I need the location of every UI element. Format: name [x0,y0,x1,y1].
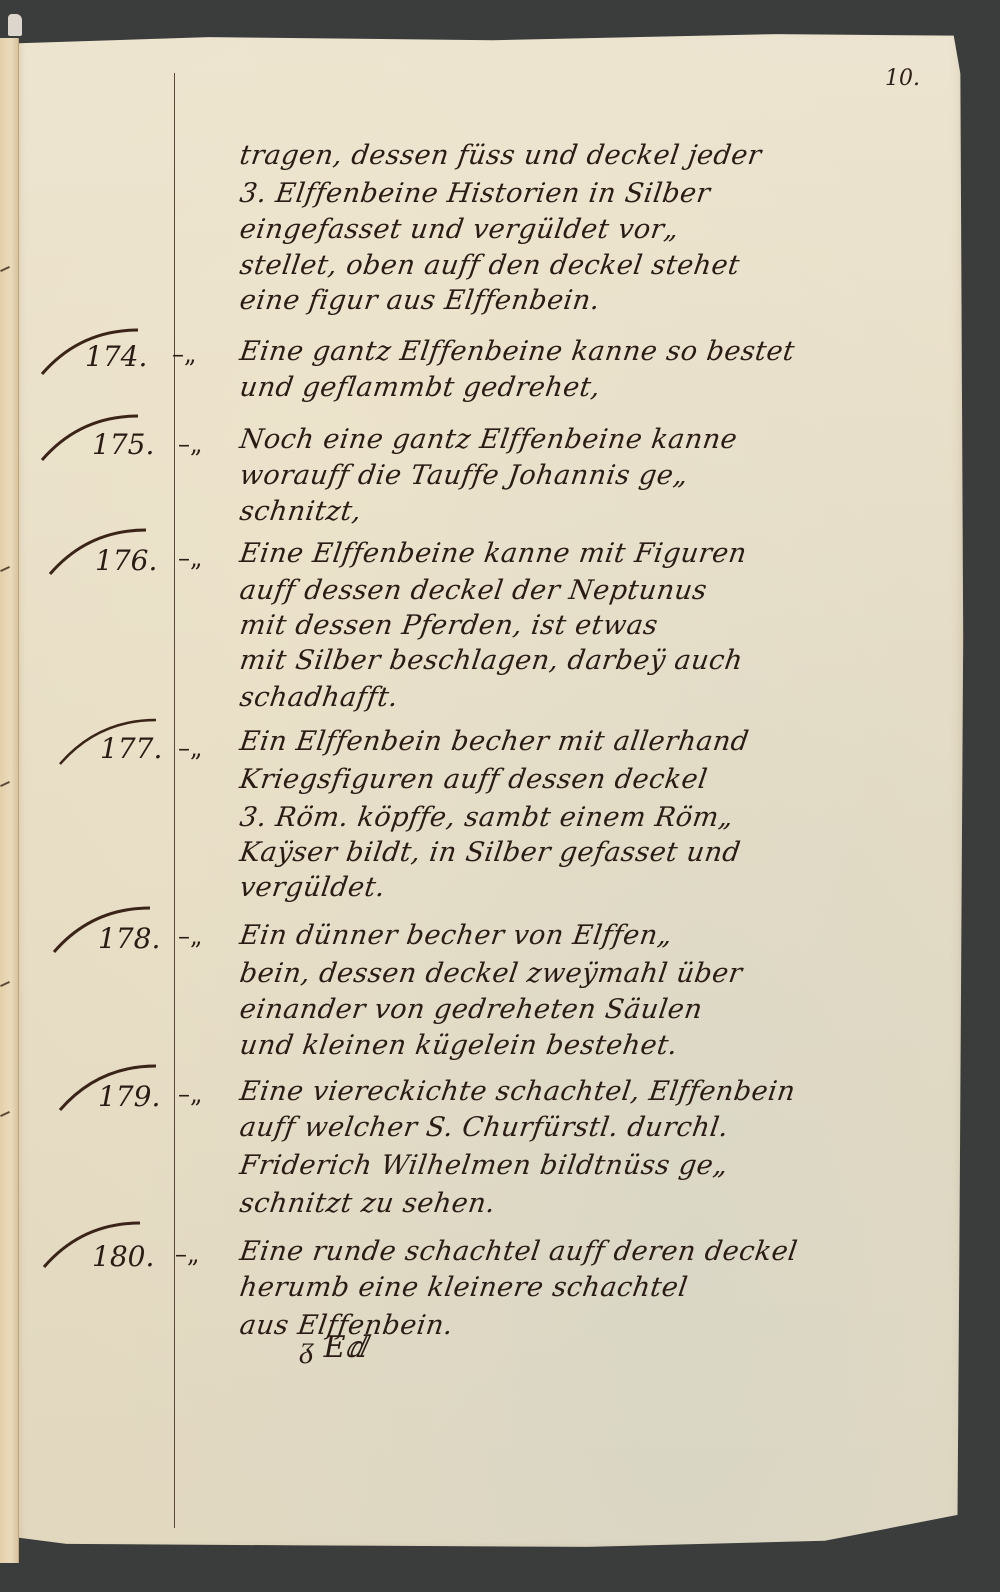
item-dash: –„ [178,544,202,572]
item-178-line: bein, dessen deckel zweÿmahl über [238,958,745,989]
item-177-line: Kriegsfiguren auff dessen deckel [238,764,710,795]
item-176-line: mit dessen Pferden, ist etwas [238,610,660,641]
item-179-line: Friderich Wilhelmen bildtnüss ge„ [238,1150,730,1181]
item-dash: –„ [172,340,196,368]
item-179-line: schnitzt zu sehen. [238,1188,498,1219]
item-176-line: Eine Elffenbeine kanne mit Figuren [238,538,749,569]
continuation-line: eingefasset und vergüldet vor„ [238,214,681,245]
item-number-176: 176. [95,544,157,577]
item-dash: –„ [178,734,202,762]
item-180-line: herumb eine kleinere schachtel [238,1272,690,1303]
item-dash: –„ [178,430,202,458]
item-179-line: auff welcher S. Churfürstl. durchl. [238,1112,731,1143]
item-174-line: und geflammbt gedrehet, [238,372,603,403]
folio-number: 10. [885,66,920,91]
descender-flourish: ᵹ Eⅆ [300,1330,367,1365]
binding-tab [8,14,22,36]
item-177-line: 3. Röm. köpffe, sambt einem Röm„ [238,802,736,833]
item-174-line: Eine gantz Elffenbeine kanne so bestet [238,336,797,367]
item-dash: –„ [178,1080,202,1108]
item-175-line: Noch eine gantz Elffenbeine kanne [238,424,740,455]
continuation-line: tragen, dessen füss und deckel jeder [238,140,764,171]
continuation-line: 3. Elffenbeine Historien in Silber [238,178,712,209]
item-175-line: worauff die Tauffe Johannis ge„ [238,460,690,491]
item-178-line: und kleinen kügelein bestehet. [238,1030,680,1061]
continuation-line: eine figur aus Elffenbein. [238,285,602,316]
item-dash: –„ [175,1240,199,1268]
item-176-line: mit Silber beschlagen, darbeÿ auch [238,645,745,676]
item-number-178: 178. [98,922,160,955]
item-177-line: Kaÿser bildt, in Silber gefasset und [238,837,743,868]
item-number-175: 175. [92,428,154,461]
item-number-174: 174. [85,340,147,373]
item-number-180: 180. [92,1240,154,1273]
facing-page-ink-marks [0,38,14,1563]
item-179-line: Eine viereckichte schachtel, Elffenbein [238,1076,798,1107]
item-176-line: schadhafft. [238,682,401,713]
continuation-line: stellet, oben auff den deckel stehet [238,250,742,281]
item-178-line: einander von gedreheten Säulen [238,994,705,1025]
item-177-line: Ein Elffenbein becher mit allerhand [238,726,751,757]
item-175-line: schnitzt, [238,496,364,527]
item-number-177: 177. [100,732,162,765]
item-177-line: vergüldet. [238,872,388,903]
item-dash: –„ [178,922,202,950]
item-178-line: Ein dünner becher von Elffen„ [238,920,675,951]
item-180-line: Eine runde schachtel auff deren deckel [238,1236,800,1267]
margin-rule-line [174,73,175,1528]
item-number-179: 179. [98,1080,160,1113]
item-176-line: auff dessen deckel der Neptunus [238,575,709,606]
